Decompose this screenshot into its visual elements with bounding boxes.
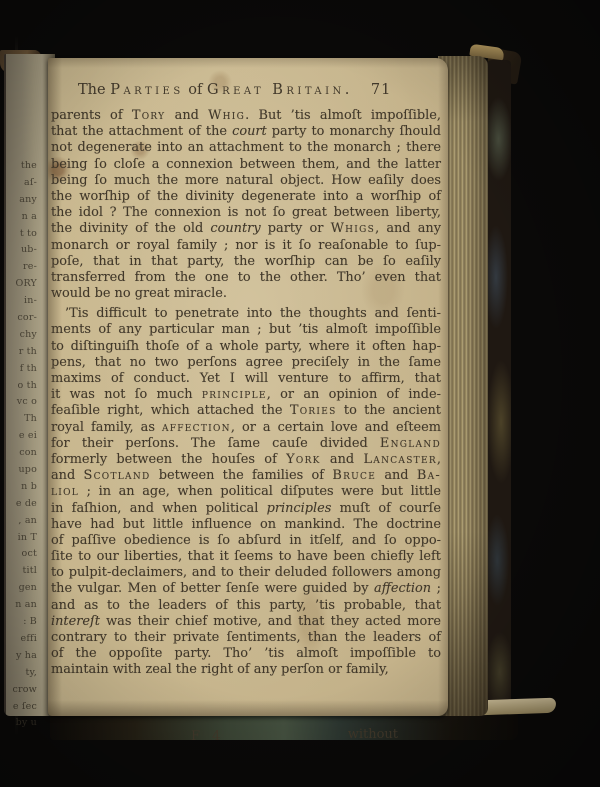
facing-page-text-fragment: ty,	[4, 665, 37, 682]
text-run: ſite to our liberties, that it ſeems to …	[51, 549, 441, 564]
text-run: of	[184, 82, 207, 98]
small-caps-text: Parties	[110, 82, 183, 98]
facing-page-text-fragment: upo	[4, 462, 37, 479]
small-caps-text: Tory	[132, 108, 166, 123]
text-run: to diſtinguiſh thoſe of a whole party, w…	[51, 339, 441, 354]
small-caps-text: England	[380, 436, 441, 451]
text-line: monarch or royal family ; nor is it ſo r…	[51, 238, 441, 254]
italic-text: country	[210, 221, 260, 236]
facing-page-text-fragment: gen	[4, 580, 37, 597]
text-line: that the attachment of the court party t…	[51, 124, 441, 140]
small-caps-text: affection	[162, 420, 231, 435]
text-line: pens, that no two perſons agree preciſel…	[51, 355, 441, 371]
facing-page-text-fragment: e ei	[4, 428, 37, 445]
small-caps-text: principle	[202, 387, 267, 402]
signature-mark: F 4	[191, 729, 224, 744]
text-run: and as to the leaders of this party, ’ti…	[51, 598, 441, 613]
text-run: ’Tis difficult to penetrate into the tho…	[65, 306, 441, 321]
facing-page-text-fragment: ub-	[4, 242, 37, 259]
facing-page-text-fragment: n an	[4, 597, 37, 614]
text-run: maxims of conduct. Yet I will venture to…	[51, 371, 441, 386]
text-run: that the attachment of the	[51, 124, 232, 139]
facing-page-text-fragment: in T	[4, 530, 37, 547]
book-photo: theaſ-anyn at toub-re-ORYin-cor-chyr thf…	[0, 0, 600, 787]
text-run: between the families of	[151, 468, 333, 483]
text-run: transferred from the one to the other. T…	[51, 270, 441, 285]
text-run: it was not ſo much	[51, 387, 202, 402]
text-line: ’Tis difficult to penetrate into the tho…	[51, 306, 441, 322]
text-line: intereſt was their chief motive, and tha…	[51, 614, 441, 630]
facing-page-text-fragment: r th	[4, 344, 37, 361]
text-run: to the ancient	[337, 403, 441, 418]
small-caps-text: liol	[51, 484, 79, 499]
italic-text: principles	[267, 501, 332, 516]
text-line: transferred from the one to the other. T…	[51, 270, 441, 286]
text-line: ſite to our liberties, that it ſeems to …	[51, 549, 441, 565]
catchword: without	[348, 727, 398, 742]
facing-page-text-fragment: e de	[4, 496, 37, 513]
facing-page-text-fragment: n a	[4, 209, 37, 226]
facing-page-text-fragment: : B	[4, 614, 37, 631]
text-line: royal family, as affection, or a certain…	[51, 420, 441, 436]
text-line: contrary to their private ſentiments, th…	[51, 630, 441, 646]
text-line: of paſſive obedience is ſo abſurd in itſ…	[51, 533, 441, 549]
text-line: formerly between the houſes of York and …	[51, 452, 441, 468]
text-run: The	[78, 82, 110, 98]
facing-page-text-fragment: t to	[4, 226, 37, 243]
text-run: muſt of courſe	[331, 501, 441, 516]
small-caps-text: Great Britain.	[207, 82, 353, 98]
text-run: party or	[261, 221, 331, 236]
facing-page-text-fragment: chy	[4, 327, 37, 344]
text-run: monarch or royal family ; nor is it ſo r…	[51, 238, 441, 253]
text-run: . But ’tis almoſt impoſſible,	[245, 108, 441, 123]
text-run: and	[376, 468, 417, 483]
facing-page-text-fragment: o th	[4, 378, 37, 395]
text-line: have had but little influence on mankind…	[51, 517, 441, 533]
facing-page-text-fragment: f th	[4, 361, 37, 378]
text-line: to pulpit-declaimers, and to their delud…	[51, 565, 441, 581]
text-run: ,	[437, 452, 441, 467]
text-run: have had but little influence on mankind…	[51, 517, 441, 532]
italic-text: affection	[374, 581, 431, 596]
text-line: poſe, that in that party, the worſhip ca…	[51, 254, 441, 270]
text-run: for their perſons. The ſame cauſe divide…	[51, 436, 380, 451]
body-text: parents of Tory and Whig. But ’tis almoſ…	[51, 108, 441, 679]
text-run: poſe, that in that party, the worſhip ca…	[51, 254, 441, 269]
text-run: parents of	[51, 108, 132, 123]
text-run: the vulgar. Men of better ſenſe were gui…	[51, 581, 374, 596]
page-header: The Parties of Great Britain. 71	[48, 82, 448, 102]
text-run: , and any	[375, 221, 441, 236]
small-caps-text: Whig	[208, 108, 245, 123]
text-run: , or a certain love and eſteem	[231, 420, 441, 435]
italic-text: intereſt	[51, 614, 100, 629]
facing-page-text-fragment: any	[4, 192, 37, 209]
text-line: maintain with zeal the right of any perſ…	[51, 662, 441, 678]
facing-page-text-fragment: the	[4, 158, 37, 175]
text-run: to pulpit-declaimers, and to their delud…	[51, 565, 441, 580]
facing-page-text-fragment: effi	[4, 631, 37, 648]
text-run: was their chief motive, and that they ac…	[100, 614, 441, 629]
text-line: being ſo cloſe a connexion between them,…	[51, 157, 441, 173]
facing-page-text-fragment: titl	[4, 563, 37, 580]
text-run: and	[165, 108, 208, 123]
text-run: feaſible right, which attached the	[51, 403, 290, 418]
text-run: party to monarchy ſhould	[267, 124, 441, 139]
text-line: maxims of conduct. Yet I will venture to…	[51, 371, 441, 387]
facing-page-text-fragment: con	[4, 445, 37, 462]
page-footer: F 4 without	[51, 729, 441, 746]
text-run: not degenerate into an attachment to the…	[51, 140, 441, 155]
paragraph: parents of Tory and Whig. But ’tis almoſ…	[51, 108, 441, 302]
small-caps-text: Lancaster	[363, 452, 436, 467]
facing-page-text-fragment: in-	[4, 293, 37, 310]
text-line: feaſible right, which attached the Torie…	[51, 403, 441, 419]
facing-page-text-fragment: oct	[4, 546, 37, 563]
text-run: of the oppoſite party. Tho’ ’tis almoſt …	[51, 646, 441, 661]
text-run: being ſo much the more natural object. H…	[51, 173, 441, 188]
text-line: and Scotland between the families of Bru…	[51, 468, 441, 484]
header-title: The Parties of Great Britain.	[78, 82, 353, 98]
text-line: for their perſons. The ſame cauſe divide…	[51, 436, 441, 452]
text-line: of the oppoſite party. Tho’ ’tis almoſt …	[51, 646, 441, 662]
italic-text: court	[232, 124, 267, 139]
text-line: not degenerate into an attachment to the…	[51, 140, 441, 156]
text-run: the idol ? The connexion is not ſo great…	[51, 205, 441, 220]
text-line: the vulgar. Men of better ſenſe were gui…	[51, 581, 441, 597]
facing-page-text-fragment: re-	[4, 259, 37, 276]
facing-page-fragments: theaſ-anyn at toub-re-ORYin-cor-chyr thf…	[4, 158, 37, 732]
book-page: The Parties of Great Britain. 71 parents…	[48, 58, 448, 716]
text-run: in faſhion, and when political	[51, 501, 267, 516]
text-line: and as to the leaders of this party, ’ti…	[51, 598, 441, 614]
text-run: being ſo cloſe a connexion between them,…	[51, 157, 441, 172]
small-caps-text: York	[286, 452, 321, 467]
text-line: it was not ſo much principle, or an opin…	[51, 387, 441, 403]
page-corner-flare	[478, 698, 556, 716]
text-line: to diſtinguiſh thoſe of a whole party, w…	[51, 339, 441, 355]
text-run: royal family, as	[51, 420, 162, 435]
facing-page-text-fragment: vc o	[4, 394, 37, 411]
facing-page-text-fragment: ORY	[4, 276, 37, 293]
text-line: liol ; in an age, when political diſpute…	[51, 484, 441, 500]
text-run: maintain with zeal the right of any perſ…	[51, 662, 389, 677]
text-run: and	[51, 468, 84, 483]
text-line: the divinity of the old country party or…	[51, 221, 441, 237]
facing-page-text-fragment: y ha	[4, 648, 37, 665]
text-line: ments of any particular man ; but ’tis a…	[51, 322, 441, 338]
text-run: formerly between the houſes of	[51, 452, 286, 467]
text-line: parents of Tory and Whig. But ’tis almoſ…	[51, 108, 441, 124]
text-run: ; in an age, when political diſputes wer…	[79, 484, 441, 499]
small-caps-text: Bruce	[332, 468, 376, 483]
small-caps-text: Tories	[290, 403, 337, 418]
text-run: and	[321, 452, 364, 467]
facing-page-text-fragment: aſ-	[4, 175, 37, 192]
facing-page-text-fragment: e ſec	[4, 699, 37, 716]
text-line: would be no great miracle.	[51, 286, 441, 302]
text-run: would be no great miracle.	[51, 286, 227, 301]
text-run: ;	[431, 581, 441, 596]
text-line: in faſhion, and when political principle…	[51, 501, 441, 517]
facing-page-text-fragment: crow	[4, 682, 37, 699]
facing-page-text-fragment: n b	[4, 479, 37, 496]
text-run: , or an opinion of inde-	[267, 387, 441, 402]
small-caps-text: Whigs	[331, 221, 375, 236]
text-run: the divinity of the old	[51, 221, 210, 236]
text-run: contrary to their private ſentiments, th…	[51, 630, 441, 645]
text-run: pens, that no two perſons agree preciſel…	[51, 355, 441, 370]
text-run: of paſſive obedience is ſo abſurd in itſ…	[51, 533, 441, 548]
paragraph: ’Tis difficult to penetrate into the tho…	[51, 306, 441, 678]
cover-board-edge	[486, 60, 511, 718]
text-run: the worſhip of the divinity degenerate i…	[51, 189, 441, 204]
small-caps-text: Scotland	[84, 468, 151, 483]
text-line: being ſo much the more natural object. H…	[51, 173, 441, 189]
facing-page-text-fragment: by u	[4, 715, 37, 732]
text-line: the worſhip of the divinity degenerate i…	[51, 189, 441, 205]
small-caps-text: Ba-	[417, 468, 441, 483]
facing-page-text-fragment: cor-	[4, 310, 37, 327]
facing-page-text-fragment: Th	[4, 411, 37, 428]
text-line: the idol ? The connexion is not ſo great…	[51, 205, 441, 221]
facing-page-text-fragment: , an	[4, 513, 37, 530]
text-run: ments of any particular man ; but ’tis a…	[51, 322, 441, 337]
page-number: 71	[371, 82, 391, 98]
